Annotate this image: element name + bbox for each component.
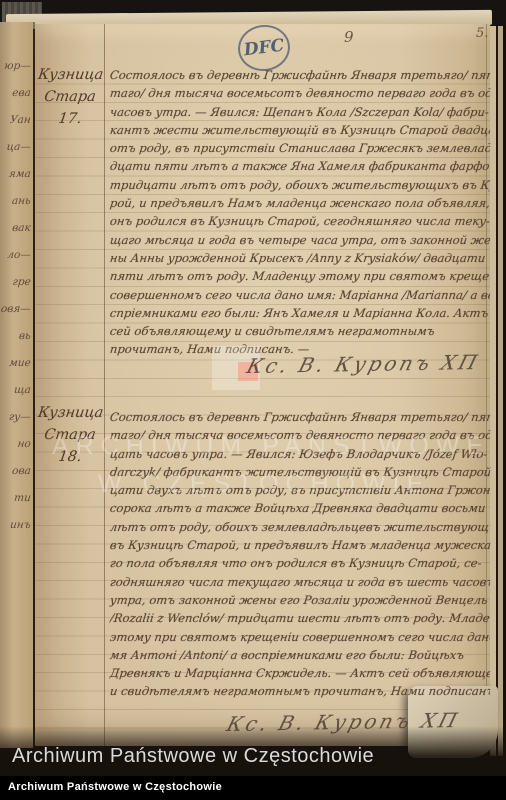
record-17-priest-signature: Кс. В. Куропъ ХП	[244, 350, 483, 378]
record-line: отъ роду, въ присутствіи Станислава Грже…	[109, 139, 491, 157]
record-line: лѣтъ отъ роду, обоихъ землевладѣльцевъ ж…	[109, 518, 491, 536]
archive-scan-viewer: юр—еваУанца—ямааньвакло—греовя—вьмиещагу…	[0, 0, 506, 800]
record-line: таго/ дня тысяча восемьсотъ девяносто пе…	[109, 84, 491, 102]
record-line: ны Анны урожденной Крысекъ /Anny z Krysi…	[109, 249, 491, 267]
record-line: Древнякъ и Марціанна Скржидель. — Актъ с…	[109, 664, 491, 682]
record-line: спріемниками его были: Янъ Хамеля и Марі…	[109, 304, 491, 322]
record-line: пяти лѣтъ отъ роду. Младенцу этому при с…	[109, 267, 491, 285]
edge-fragment: ло—	[0, 249, 31, 276]
stamp-monogram: DFC	[243, 36, 285, 61]
edge-fragment: ань	[0, 195, 31, 222]
record-17-margin-label: Кузница Стара 17.	[38, 64, 102, 130]
underlying-page-edges	[490, 26, 506, 756]
record-line: сорока лѣтъ а также Войцѣха Древняка два…	[109, 499, 491, 517]
record-line: рой, и предъявилъ Намъ младенца женскаго…	[109, 194, 491, 212]
record-line: въ Кузницѣ Старой, и предъявилъ Намъ мла…	[109, 536, 491, 554]
record-line: дцати пяти лѣтъ а также Яна Хамеля фабри…	[109, 157, 491, 175]
record-line: этому при святомъ крещеніи совершенномъ …	[109, 628, 491, 646]
record-line: часовъ утра. — Явился: Щепанъ Кола /Szcz…	[109, 103, 491, 121]
record-line: Состоялось въ деревнѣ Гржисфайнѣ Января …	[109, 408, 491, 426]
page-number: 5.	[476, 26, 488, 41]
record-line: мя Антоні /Antoni/ а воспріемниками его …	[109, 646, 491, 664]
record-line: онъ родился въ Кузницѣ Старой, сегодняшн…	[109, 212, 491, 230]
edge-fragment: овя—	[0, 303, 31, 330]
edge-fragment: ова	[0, 465, 31, 492]
footer-archive-name: Archiwum Państwowe w Częstochowie	[8, 781, 222, 793]
edge-fragment: мие	[0, 357, 31, 384]
record-line: утра, отъ законной жены его Розаліи урож…	[109, 591, 491, 609]
record-line: и свидѣтелямъ неграмотнымъ прочитанъ, На…	[109, 682, 491, 700]
edge-fragment: Уан	[0, 114, 31, 141]
previous-page-edge: юр—еваУанца—ямааньвакло—греовя—вьмиещагу…	[0, 22, 33, 748]
record-line: годняшняго числа текущаго мѣсяца и года …	[109, 573, 491, 591]
margin-place-line2: Стара	[36, 86, 103, 108]
record-line: тридцати лѣтъ отъ роду, обоихъ жительств…	[109, 176, 491, 194]
edge-fragment: юр—	[0, 60, 31, 87]
margin-place-line1: Кузница	[36, 402, 103, 424]
previous-page-line-fragments: юр—еваУанца—ямааньвакло—греовя—вьмиещагу…	[0, 60, 30, 546]
edge-fragment: но	[0, 438, 31, 465]
edge-fragment: яма	[0, 168, 31, 195]
record-line: сей объявляющему и свидѣтелямъ неграмотн…	[109, 322, 491, 340]
footer-bar: Archiwum Państwowe w Częstochowie	[0, 776, 506, 800]
watermark-text-line1: ARCHIWUM PAŃSTWOWE	[52, 432, 490, 461]
edge-fragment: ща	[0, 384, 31, 411]
record-line: кантъ жести жительствующій въ Кузницѣ Ст…	[109, 121, 491, 139]
edge-fragment: вак	[0, 222, 31, 249]
edge-fragment: инъ	[0, 519, 31, 546]
edge-fragment: гу—	[0, 411, 31, 438]
record-line: щаго мѣсяца и года въ четыре часа утра, …	[109, 231, 491, 249]
record-line: совершенномъ сего числа дано имя: Маріан…	[109, 286, 491, 304]
record-line: /Rozalii z Wenclów/ тридцати шести лѣтъ …	[109, 609, 491, 627]
record-17-text: Состоялось въ деревнѣ Гржисфайнѣ Января …	[110, 66, 490, 359]
record-line: го пола объявляя что онъ родился въ Кузн…	[109, 554, 491, 572]
edge-fragment: гре	[0, 276, 31, 303]
document-scan: юр—еваУанца—ямааньвакло—греовя—вьмиещагу…	[0, 0, 506, 776]
margin-divider-line	[104, 24, 105, 746]
ink-mark: 9	[344, 28, 354, 46]
margin-record-number: 17.	[36, 108, 103, 130]
margin-place-line1: Кузница	[36, 64, 103, 86]
edge-fragment: ева	[0, 87, 31, 114]
archive-overlay-title: Archiwum Państwowe w Częstochowie	[12, 745, 374, 768]
edge-fragment: ца—	[0, 141, 31, 168]
watermark-text-line2: W CZĘSTOCHOWIE	[98, 470, 430, 499]
record-line: Состоялось въ деревнѣ Гржисфайнѣ Января …	[109, 66, 491, 84]
edge-fragment: вь	[0, 330, 31, 357]
edge-fragment: ти	[0, 492, 31, 519]
